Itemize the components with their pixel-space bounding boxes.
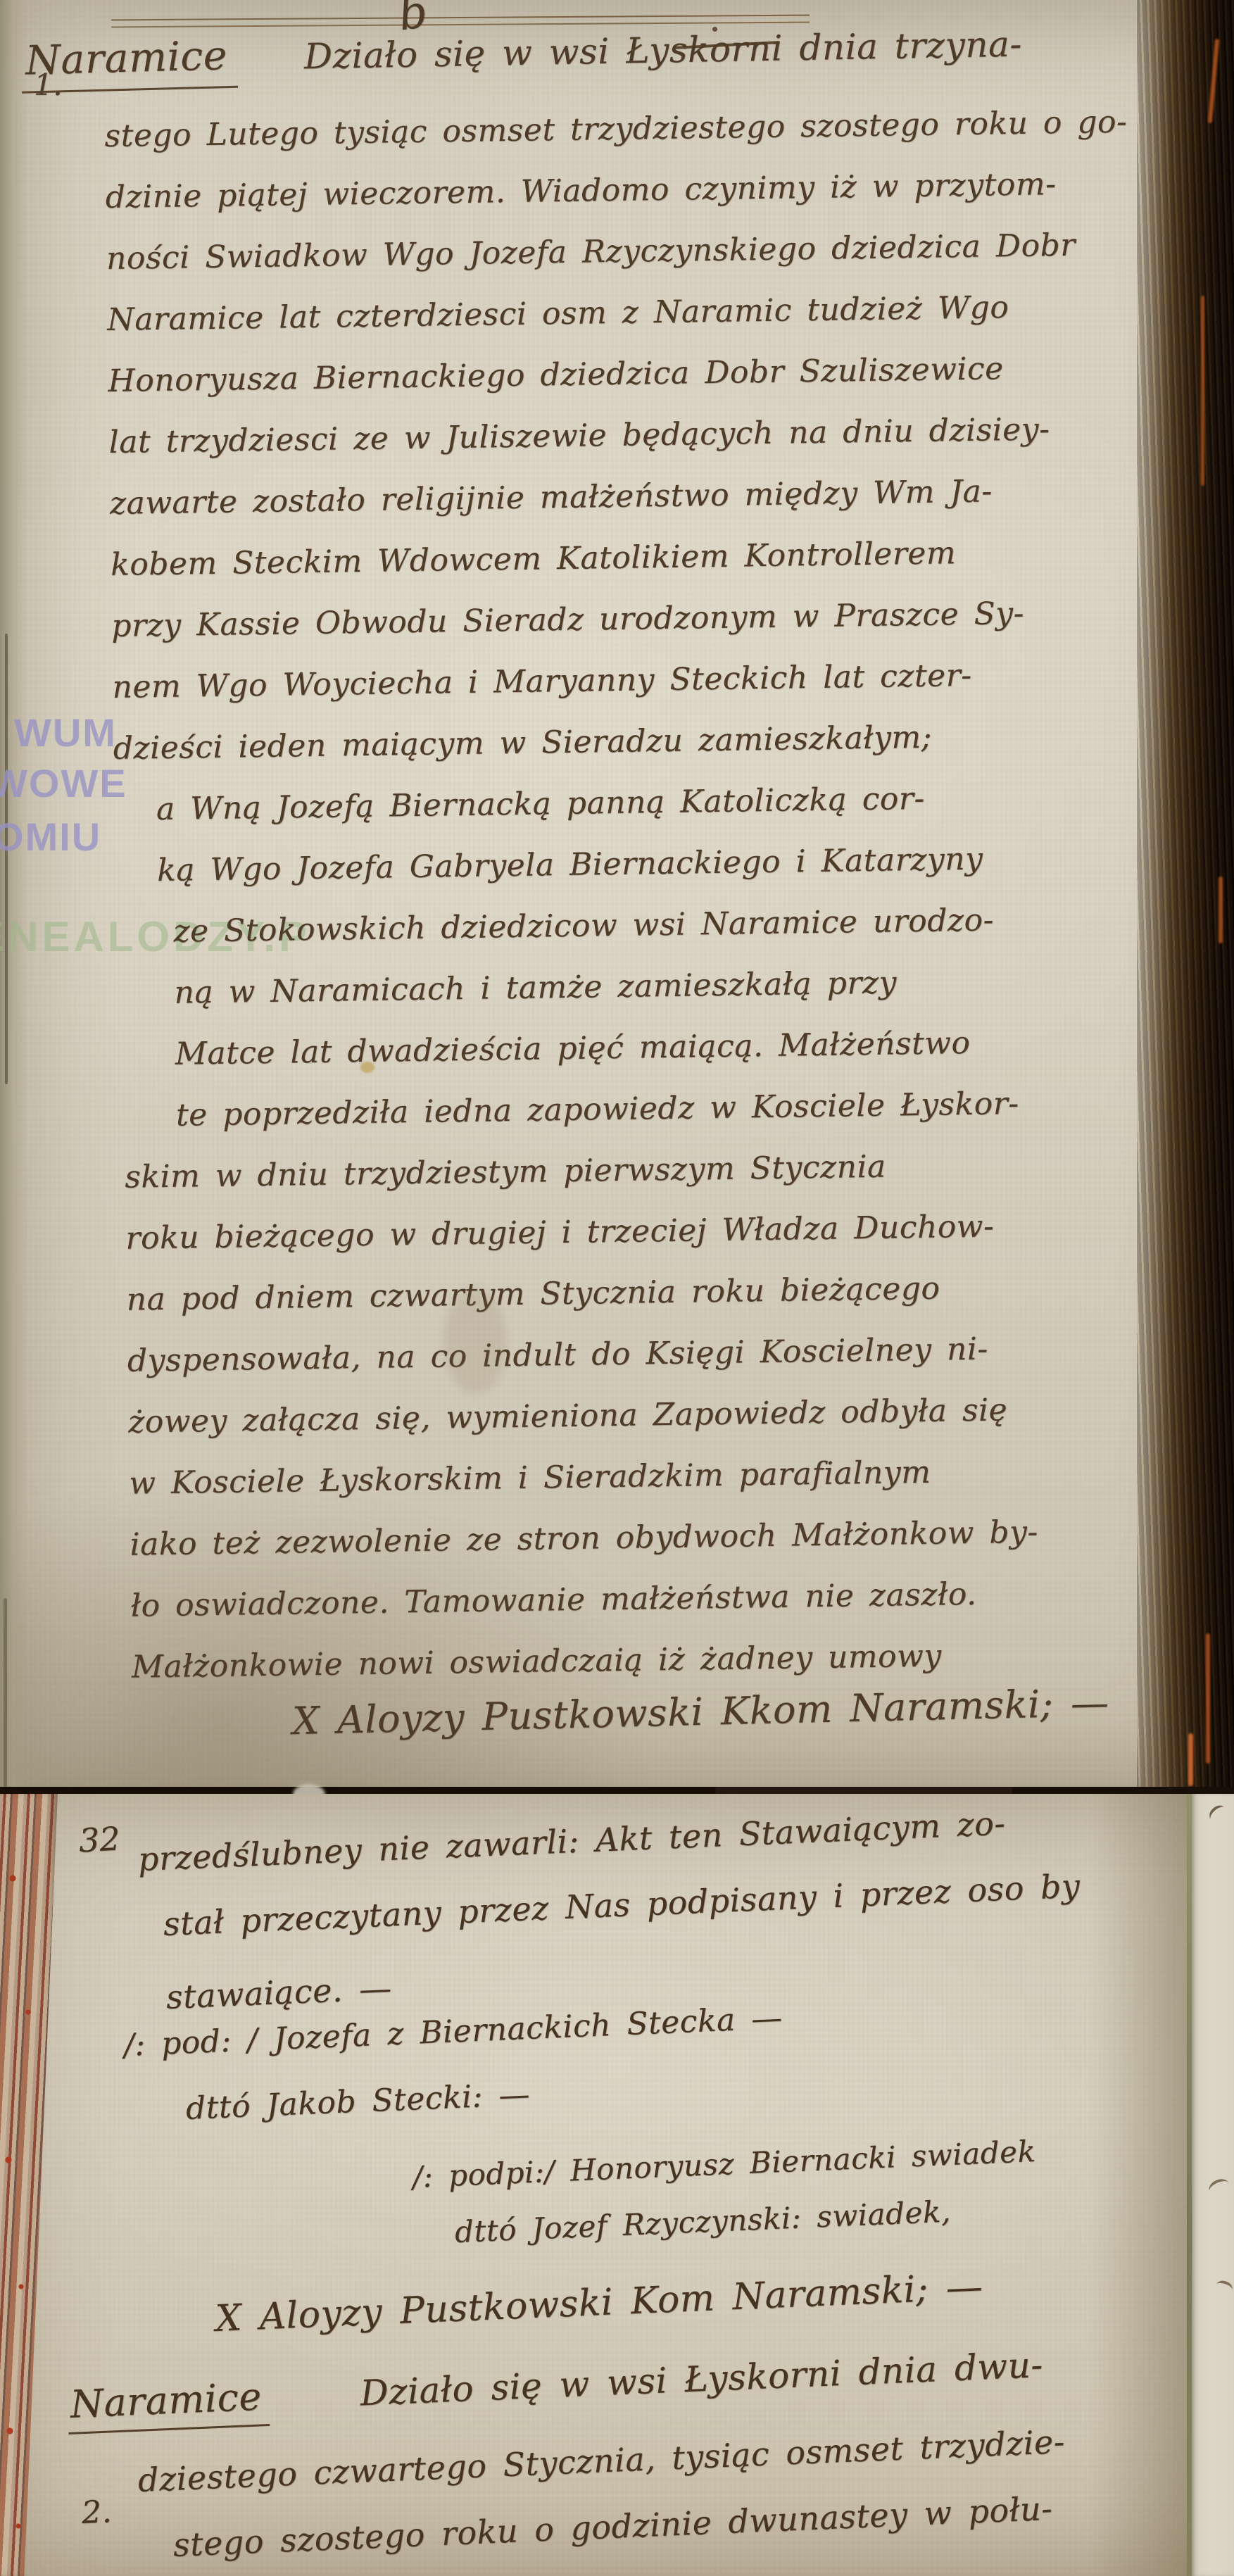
scan-seam <box>0 1787 1234 1794</box>
paper-stain <box>360 1062 374 1073</box>
witness-signature-line: /: podpi:/ Honoryusz Biernacki swiadek <box>412 2134 1036 2194</box>
scan-page-1: b WUM WOWE OMIU ENEALODZY.P 1. Naramice … <box>0 0 1234 1792</box>
text-line: przedślubney nie zawarli: Akt ten Stawai… <box>137 1804 1007 1878</box>
binding-orange-streak <box>1219 877 1223 943</box>
marbled-book-edge <box>0 1794 58 2576</box>
page1-left-edge <box>0 0 28 1792</box>
register-scan: b WUM WOWE OMIU ENEALODZY.P 1. Naramice … <box>0 0 1234 2576</box>
watermark-purple-line3: OMIU <box>0 814 101 860</box>
margin-place-name: Naramice <box>20 32 238 94</box>
text-line: stawaiące. — <box>165 1969 393 2016</box>
page2-first-line: Naramice Działo się w wsi Łyskorni dnia … <box>66 2342 1044 2434</box>
page1-first-line-text: Działo się w wsi Łyskorni dnia trzyna- <box>303 24 1022 77</box>
margin-place-name: Naramice <box>66 2374 270 2434</box>
page-crease <box>1187 1794 1192 2576</box>
text-line: stał przeczytany przez Nas podpisany i p… <box>163 1866 1081 1943</box>
entry-number-2: 2. <box>81 2494 113 2531</box>
priest-signature-line: X Aloyzy Pustkowski Kom Naramski; — <box>215 2266 984 2340</box>
page-number: 32 <box>78 1820 121 1860</box>
spacer <box>269 2406 360 2409</box>
text-line: stego szostego roku o godzinie dwunastey… <box>172 2489 1053 2564</box>
binding-orange-streak <box>1206 1633 1210 1764</box>
watermark-purple-line1: WUM <box>14 710 117 755</box>
witness-signature-line: dttó Jozef Rzyczynski: swiadek, <box>454 2194 952 2249</box>
page1-edge-line <box>4 1598 7 1788</box>
groom-signature-line: dttó Jakob Stecki: — <box>185 2077 531 2127</box>
page1-first-line: Naramice Działo się w wsi Łyskorni dnia … <box>20 20 1022 93</box>
scan-page-2: 32 przedślubney nie zawarli: Akt ten Sta… <box>0 1794 1234 2576</box>
binding-orange-streak <box>1188 1733 1193 1786</box>
text-line: dziestego czwartego Stycznia, tysiąc osm… <box>137 2423 1066 2499</box>
spacer <box>237 68 304 70</box>
binding-orange-streak <box>1201 296 1204 486</box>
paper-smudge <box>443 1288 507 1394</box>
page2-first-line-text: Działo się w wsi Łyskorni dnia dwu- <box>359 2344 1043 2414</box>
page1-text-block: stego Lutego tysiąc osmset trzydziestego… <box>104 91 1168 1697</box>
gutter-fold-shadow <box>1089 1794 1188 2576</box>
watermark-purple-line2: WOWE <box>0 760 127 806</box>
